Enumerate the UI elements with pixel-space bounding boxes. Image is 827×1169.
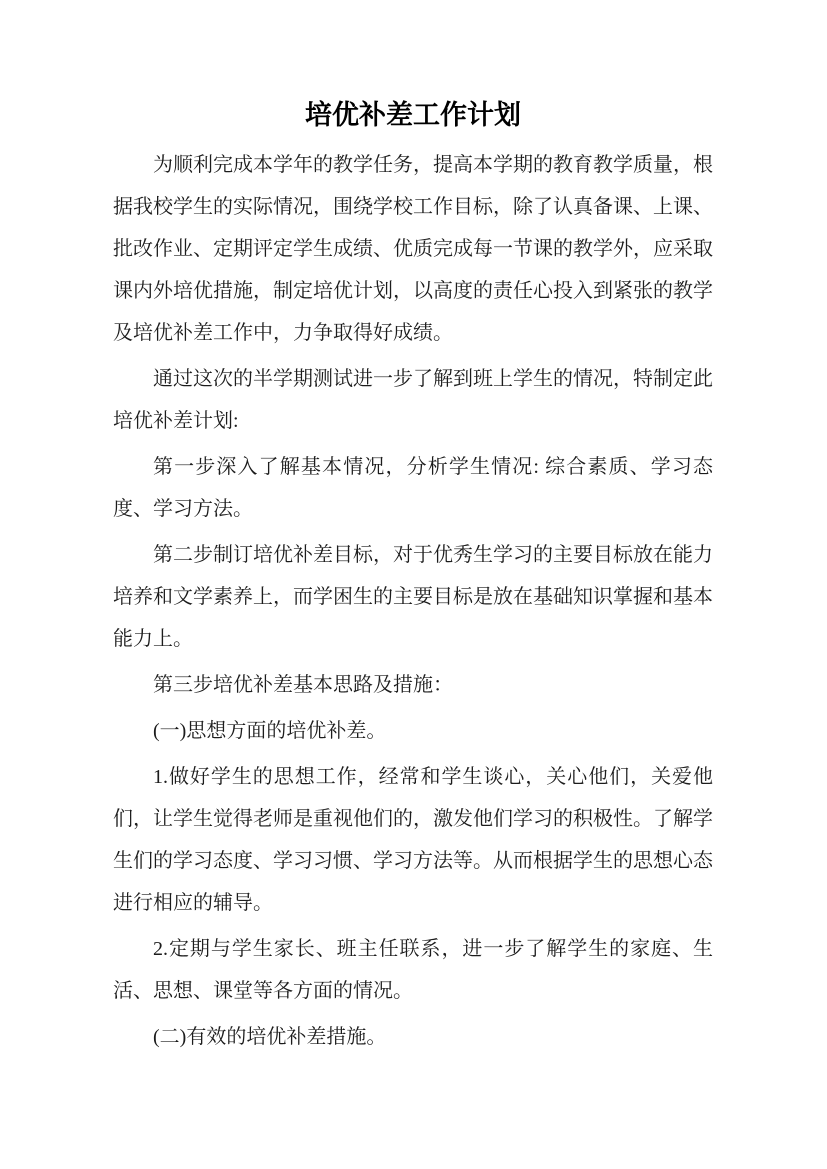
paragraph-step-three: 第三步培优补差基本思路及措施： [113,664,713,706]
paragraph-measure-1: 1.做好学生的思想工作，经常和学生谈心，关心他们，关爱他们，让学生觉得老师是重视… [113,756,713,924]
paragraph-section-one-heading: (一)思想方面的培优补差。 [113,710,713,752]
paragraph-step-one: 第一步深入了解基本情况，分析学生情况: 综合素质、学习态度、学习方法。 [113,446,713,530]
paragraph-plan-basis: 通过这次的半学期测试进一步了解到班上学生的情况，特制定此培优补差计划: [113,358,713,442]
page-title: 培优补差工作计划 [113,95,713,135]
document-page: 培优补差工作计划 为顺利完成本学年的教学任务，提高本学期的教育教学质量，根据我校… [0,0,827,1169]
paragraph-measure-2: 2.定期与学生家长、班主任联系，进一步了解学生的家庭、生活、思想、课堂等各方面的… [113,928,713,1012]
paragraph-intro: 为顺利完成本学年的教学任务，提高本学期的教育教学质量，根据我校学生的实际情况，围… [113,144,713,354]
paragraph-section-two-heading: (二)有效的培优补差措施。 [113,1016,713,1058]
paragraph-step-two: 第二步制订培优补差目标，对于优秀生学习的主要目标放在能力培养和文学素养上，而学困… [113,534,713,660]
